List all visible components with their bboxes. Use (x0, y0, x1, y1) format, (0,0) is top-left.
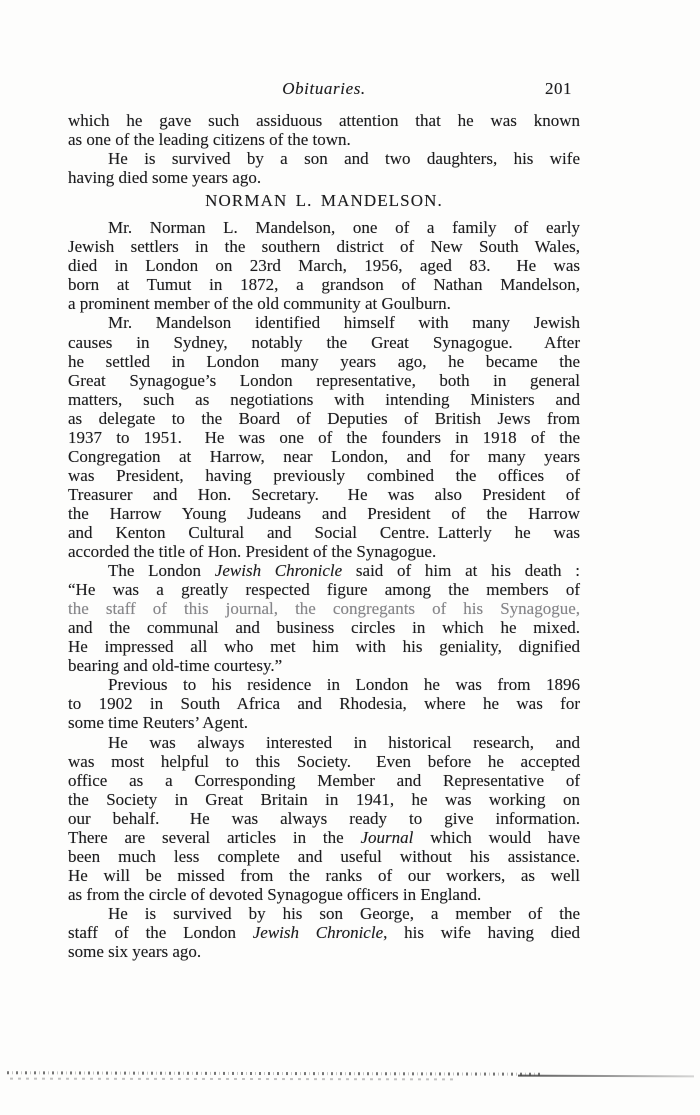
text-line: Previous to his residence in London he w… (68, 675, 580, 694)
text-line: the Society in Great Britain in 1941, he… (68, 790, 580, 809)
text-line: the Harrow Young Judeans and President o… (68, 504, 580, 523)
text-line: was President, having previously combine… (68, 466, 580, 485)
text-line: staff of the London Jewish Chronicle, hi… (68, 923, 580, 942)
text-line: 1937 to 1951. He was one of the founders… (68, 428, 580, 447)
text-line: There are several articles in the Journa… (68, 828, 580, 847)
text-line: to 1902 in South Africa and Rhodesia, wh… (68, 694, 580, 713)
text-line: having died some years ago. (68, 168, 580, 187)
text-line: which he gave such assiduous attention t… (68, 111, 580, 130)
text-line: our behalf. He was always ready to give … (68, 809, 580, 828)
text-line: accorded the title of Hon. President of … (68, 542, 580, 561)
text-line: Mr. Mandelson identified himself with ma… (68, 313, 580, 332)
text-line: office as a Corresponding Member and Rep… (68, 771, 580, 790)
text-line: He is survived by a son and two daughter… (68, 149, 580, 168)
section-heading: NORMAN L. MANDELSON. (68, 191, 580, 210)
text-line: Jewish settlers in the southern district… (68, 237, 580, 256)
running-title: Obituaries. (68, 79, 580, 99)
text-line: Mr. Norman L. Mandelson, one of a family… (68, 218, 580, 237)
text-line: “He was a greatly respected figure among… (68, 580, 580, 599)
paragraph: Previous to his residence in London he w… (68, 675, 580, 732)
text-line: the staff of this journal, the congregan… (68, 599, 580, 618)
text-line: bearing and old-time courtesy.” (68, 656, 580, 675)
text-line: Congregation at Harrow, near London, and… (68, 447, 580, 466)
text-line: The London Jewish Chronicle said of him … (68, 561, 580, 580)
text-line: and the communal and business circles in… (68, 618, 580, 637)
text-line: born at Tumut in 1872, a grandson of Nat… (68, 275, 580, 294)
obituary-text: which he gave such assiduous attention t… (68, 111, 580, 961)
text-line: as one of the leading citizens of the to… (68, 130, 580, 149)
text-line: died in London on 23rd March, 1956, aged… (68, 256, 580, 275)
text-line: causes in Sydney, notably the Great Syna… (68, 333, 580, 352)
paragraph: He is survived by his son George, a memb… (68, 904, 580, 961)
paragraph: Mr. Mandelson identified himself with ma… (68, 313, 580, 561)
text-line: some six years ago. (68, 942, 580, 961)
text-line: a prominent member of the old community … (68, 294, 580, 313)
text-line: He is survived by his son George, a memb… (68, 904, 580, 923)
paragraph: which he gave such assiduous attention t… (68, 111, 580, 149)
text-line: and Kenton Cultural and Social Centre. L… (68, 523, 580, 542)
text-line: as delegate to the Board of Deputies of … (68, 409, 580, 428)
text-line: he settled in London many years ago, he … (68, 352, 580, 371)
scan-artifact-line (7, 1071, 543, 1075)
page-number: 201 (545, 79, 572, 99)
text-line: been much less complete and useful witho… (68, 847, 580, 866)
text-line: He impressed all who met him with his ge… (68, 637, 580, 656)
paragraph: Mr. Norman L. Mandelson, one of a family… (68, 218, 580, 313)
text-line: was most helpful to this Society. Even b… (68, 752, 580, 771)
scan-artifact-line (10, 1078, 455, 1081)
text-line: Great Synagogue’s London representative,… (68, 371, 580, 390)
text-line: He will be missed from the ranks of our … (68, 866, 580, 885)
paragraph: The London Jewish Chronicle said of him … (68, 561, 580, 675)
scan-artifact-line (518, 1075, 694, 1078)
text-line: He was always interested in historical r… (68, 733, 580, 752)
text-line: as from the circle of devoted Synagogue … (68, 885, 580, 904)
page-header: Obituaries. 201 (68, 79, 580, 101)
paragraph: He was always interested in historical r… (68, 733, 580, 904)
scanned-page: Obituaries. 201 which he gave such assid… (0, 0, 700, 1115)
text-line: some time Reuters’ Agent. (68, 713, 580, 732)
paragraph: He is survived by a son and two daughter… (68, 149, 580, 187)
text-line: Treasurer and Hon. Secretary. He was als… (68, 485, 580, 504)
text-line: matters, such as negotiations with inten… (68, 390, 580, 409)
